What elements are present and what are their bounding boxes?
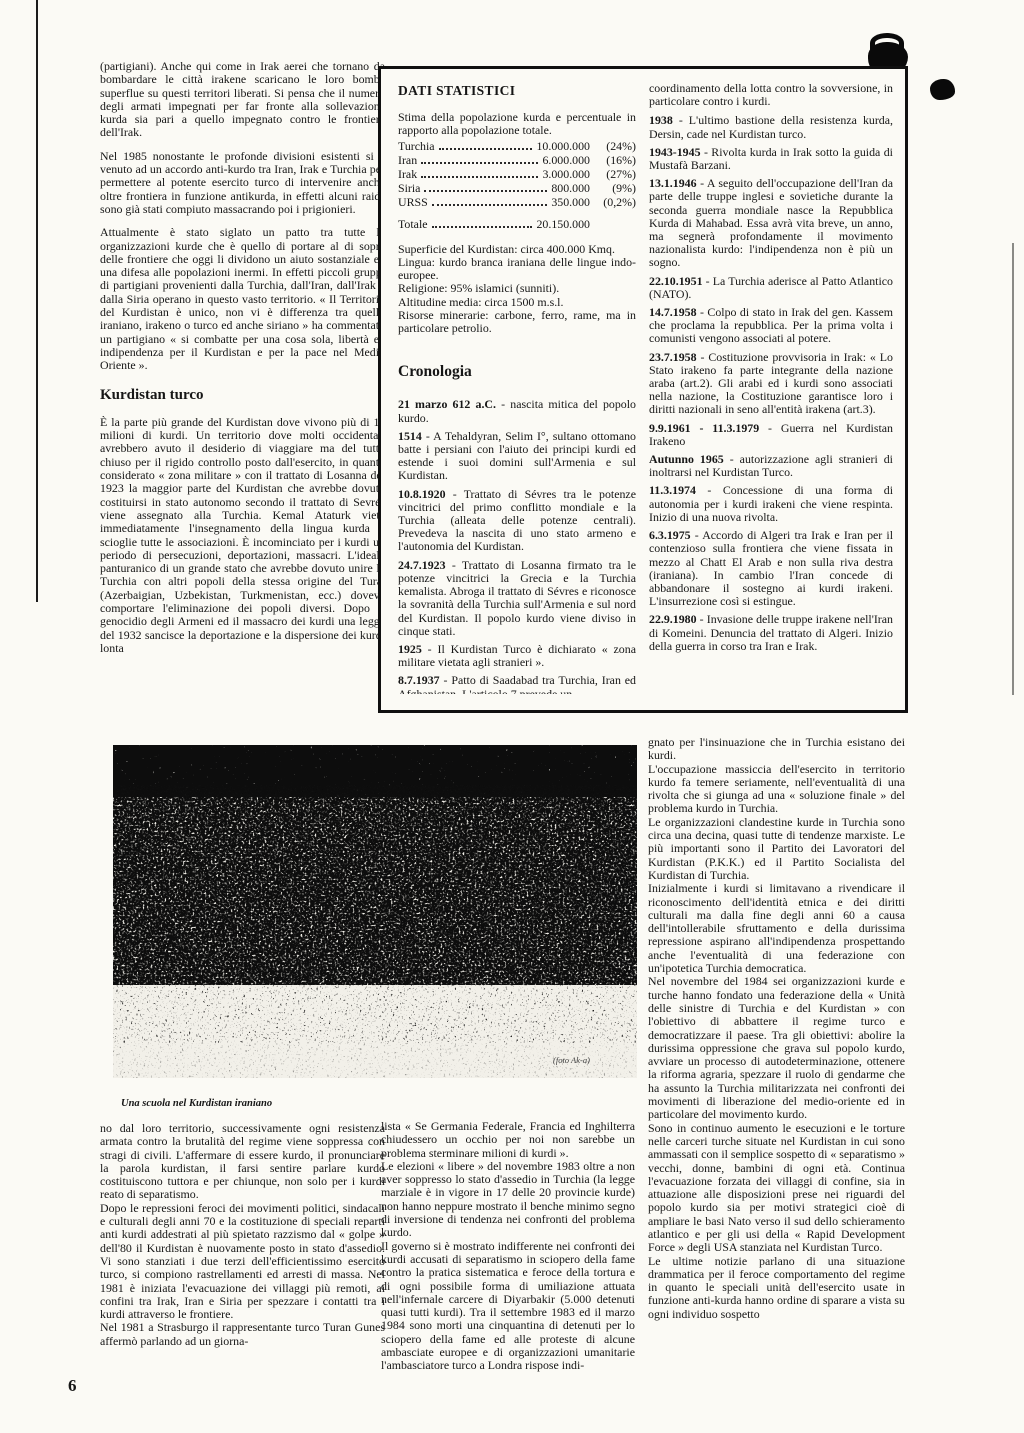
entry-date: 22.9.1980 bbox=[649, 612, 697, 626]
paragraph: È la parte più grande del Kurdistan dove… bbox=[100, 416, 385, 655]
photo-school-kurdistan: (foto Ak-a) bbox=[113, 745, 637, 1078]
stats-title: DATI STATISTICI bbox=[398, 84, 636, 97]
chronology-entry: 6.3.1975 - Accordo di Algeri tra Irak e … bbox=[649, 529, 893, 608]
chronology-entry: 10.8.1920 - Trattato di Sévres tra le po… bbox=[398, 488, 636, 554]
paragraph: Nel 1981 a Strasburgo il rappresentante … bbox=[100, 1321, 385, 1348]
percent-value: (27%) bbox=[590, 168, 636, 181]
paragraph: Il governo si è mostrato indifferente ne… bbox=[381, 1240, 635, 1373]
paragraph: Nel novembre del 1984 sei organizzazioni… bbox=[648, 975, 905, 1121]
stats-row-urss: URSS350.000(0,2%) bbox=[398, 196, 636, 209]
stats-row-turchia: Turchia10.000.000(24%) bbox=[398, 140, 636, 153]
entry-date: 14.7.1958 bbox=[649, 305, 697, 319]
left-margin-rule bbox=[36, 0, 38, 602]
photo-caption: Una scuola nel Kurdistan iraniano bbox=[121, 1098, 272, 1109]
magazine-page: (partigiani). Anche qui come in Irak aer… bbox=[0, 0, 1024, 1433]
entry-date: 13.1.1946 bbox=[649, 176, 697, 190]
population-value: 350.000 bbox=[551, 196, 590, 209]
paragraph: Attualmente è stato siglato un patto tra… bbox=[100, 226, 385, 372]
population-value: 800.000 bbox=[551, 182, 590, 195]
bottom-left-column: no dal loro territorio, successivamente … bbox=[100, 1122, 385, 1348]
total-value: 20.150.000 bbox=[536, 218, 590, 231]
percent-value: (0,2%) bbox=[590, 196, 636, 209]
entry-date: Autunno 1965 bbox=[649, 452, 724, 466]
population-value: 6.000.000 bbox=[542, 154, 590, 167]
leader-dots bbox=[432, 204, 548, 206]
stats-chronology-box: DATI STATISTICI Stima della popolazione … bbox=[378, 66, 908, 713]
bottom-middle-column: lista « Se Germania Federale, Francia ed… bbox=[381, 1120, 635, 1373]
paragraph: Le organizzazioni clandestine kurde in T… bbox=[648, 816, 905, 882]
paragraph: Dopo le repressioni feroci dei movimenti… bbox=[100, 1202, 385, 1322]
population-value: 3.000.000 bbox=[542, 168, 590, 181]
chronology-entry: 1938 - L'ultimo bastione della resistenz… bbox=[649, 114, 893, 140]
right-margin-rule bbox=[1012, 243, 1014, 695]
percent-value: (9%) bbox=[590, 182, 636, 195]
page-number: 6 bbox=[68, 1376, 77, 1396]
country-label: Siria bbox=[398, 182, 420, 195]
entry-date: 1943-1945 bbox=[649, 145, 701, 159]
population-value: 10.000.000 bbox=[536, 140, 590, 153]
paragraph: lista « Se Germania Federale, Francia ed… bbox=[381, 1120, 635, 1160]
percent-value: (24%) bbox=[590, 140, 636, 153]
entry-date: 9.9.1961 - 11.3.1979 bbox=[649, 421, 759, 435]
paragraph: Inizialmente i kurdi si limitavano a riv… bbox=[648, 882, 905, 975]
country-label: Iran bbox=[398, 154, 417, 167]
entry-date: 11.3.1974 bbox=[649, 483, 696, 497]
stats-row-irak: Irak3.000.000(27%) bbox=[398, 168, 636, 181]
chronology-entry: 1943-1945 - Rivolta kurda in Irak sotto … bbox=[649, 146, 893, 172]
percent-value: (16%) bbox=[590, 154, 636, 167]
main-right-column: gnato per l'insinuazione che in Turchia … bbox=[648, 736, 905, 1321]
chronology-entry: 23.7.1958 - Costituzione provvisoria in … bbox=[649, 351, 893, 417]
chronology-entry: 8.7.1937 - Patto di Saadabad tra Turchia… bbox=[398, 674, 636, 694]
paragraph: Le ultime notizie parlano di una situazi… bbox=[648, 1255, 905, 1321]
chronology-entry: 22.10.1951 - La Turchia aderisce al Patt… bbox=[649, 275, 893, 301]
leader-dots bbox=[439, 148, 533, 150]
box-left-column: DATI STATISTICI Stima della popolazione … bbox=[398, 82, 636, 694]
country-label: Turchia bbox=[398, 140, 435, 153]
entry-text: - L'ultimo bastione della resistenza kur… bbox=[649, 113, 893, 140]
chronology-entry: 22.9.1980 - Invasione delle truppe irake… bbox=[649, 613, 893, 653]
entry-text: - A Tehaldyran, Selim I°, sultano ottoma… bbox=[398, 429, 636, 483]
fact-line: Risorse minerarie: carbone, ferro, rame,… bbox=[398, 309, 636, 335]
chronology-entry: 13.1.1946 - A seguito dell'occupazione d… bbox=[649, 177, 893, 269]
paragraph: Le elezioni « libere » del novembre 1983… bbox=[381, 1160, 635, 1240]
stats-row-siria: Siria800.000(9%) bbox=[398, 182, 636, 195]
section-heading-kurdistan-turco: Kurdistan turco bbox=[100, 389, 385, 402]
box-right-column: coordinamento della lotta contro la sovv… bbox=[649, 82, 893, 694]
entry-text: - Il Kurdistan Turco è dichiarato « zona… bbox=[398, 642, 636, 669]
paragraph: no dal loro territorio, successivamente … bbox=[100, 1122, 385, 1202]
leader-dots bbox=[432, 226, 533, 228]
chronology-title: Cronologia bbox=[398, 365, 636, 378]
stats-row-iran: Iran6.000.000(16%) bbox=[398, 154, 636, 167]
entry-date: 24.7.1923 bbox=[398, 558, 446, 572]
chronology-entry: 24.7.1923 - Trattato di Losanna firmato … bbox=[398, 559, 636, 638]
paragraph: Sono in continuo aumento le esecuzioni e… bbox=[648, 1122, 905, 1255]
facts-block: Superficie del Kurdistan: circa 400.000 … bbox=[398, 243, 636, 335]
entry-date: 23.7.1958 bbox=[649, 350, 697, 364]
ink-blob-small bbox=[930, 79, 955, 100]
country-label: URSS bbox=[398, 196, 428, 209]
entry-date: 1925 bbox=[398, 642, 422, 656]
chronology-entry: 1514 - A Tehaldyran, Selim I°, sultano o… bbox=[398, 430, 636, 483]
fact-line: Religione: 95% islamici (sunniti). bbox=[398, 282, 636, 295]
fact-line: Lingua: kurdo branca iraniana delle ling… bbox=[398, 256, 636, 282]
paragraph: (partigiani). Anche qui come in Irak aer… bbox=[100, 60, 385, 140]
entry-text: - A seguito dell'occupazione dell'Iran d… bbox=[649, 176, 893, 269]
entry-date: 21 marzo 612 a.C. bbox=[398, 397, 496, 411]
photo-credit: (foto Ak-a) bbox=[553, 1055, 590, 1065]
chronology-entry: 14.7.1958 - Colpo di stato in Irak del g… bbox=[649, 306, 893, 346]
chronology-entry: Autunno 1965 - autorizzazione agli stran… bbox=[649, 453, 893, 479]
paragraph: L'occupazione massiccia dell'esercito in… bbox=[648, 763, 905, 816]
stats-intro: Stima della popolazione kurda e percentu… bbox=[398, 111, 636, 137]
entry-date: 1938 bbox=[649, 113, 673, 127]
entry-date: 10.8.1920 bbox=[398, 487, 446, 501]
chronology-entry: 11.3.1974 - Concessione di una forma di … bbox=[649, 484, 893, 524]
leader-dots bbox=[424, 190, 547, 192]
chronology-entry: 9.9.1961 - 11.3.1979 - Guerra nel Kurdis… bbox=[649, 422, 893, 448]
entry-date: 6.3.1975 bbox=[649, 528, 691, 542]
chronology-carryover: coordinamento della lotta contro la sovv… bbox=[649, 82, 893, 108]
entry-date: 22.10.1951 bbox=[649, 274, 703, 288]
chronology-entry: 1925 - Il Kurdistan Turco è dichiarato «… bbox=[398, 643, 636, 669]
photo-image bbox=[113, 745, 637, 1078]
paragraph: gnato per l'insinuazione che in Turchia … bbox=[648, 736, 905, 763]
country-label: Irak bbox=[398, 168, 417, 181]
stats-row-total: Totale20.150.000 bbox=[398, 218, 636, 231]
entry-date: 8.7.1937 bbox=[398, 673, 440, 687]
leader-dots bbox=[421, 162, 538, 164]
chronology-entry: 21 marzo 612 a.C. - nascita mitica del p… bbox=[398, 398, 636, 424]
total-label: Totale bbox=[398, 218, 428, 231]
paragraph: Nel 1985 nonostante le profonde division… bbox=[100, 150, 385, 216]
main-left-column: (partigiani). Anche qui come in Irak aer… bbox=[100, 60, 385, 665]
leader-dots bbox=[421, 176, 538, 178]
entry-date: 1514 bbox=[398, 429, 422, 443]
fact-line: Altitudine media: circa 1500 m.s.l. bbox=[398, 296, 636, 309]
